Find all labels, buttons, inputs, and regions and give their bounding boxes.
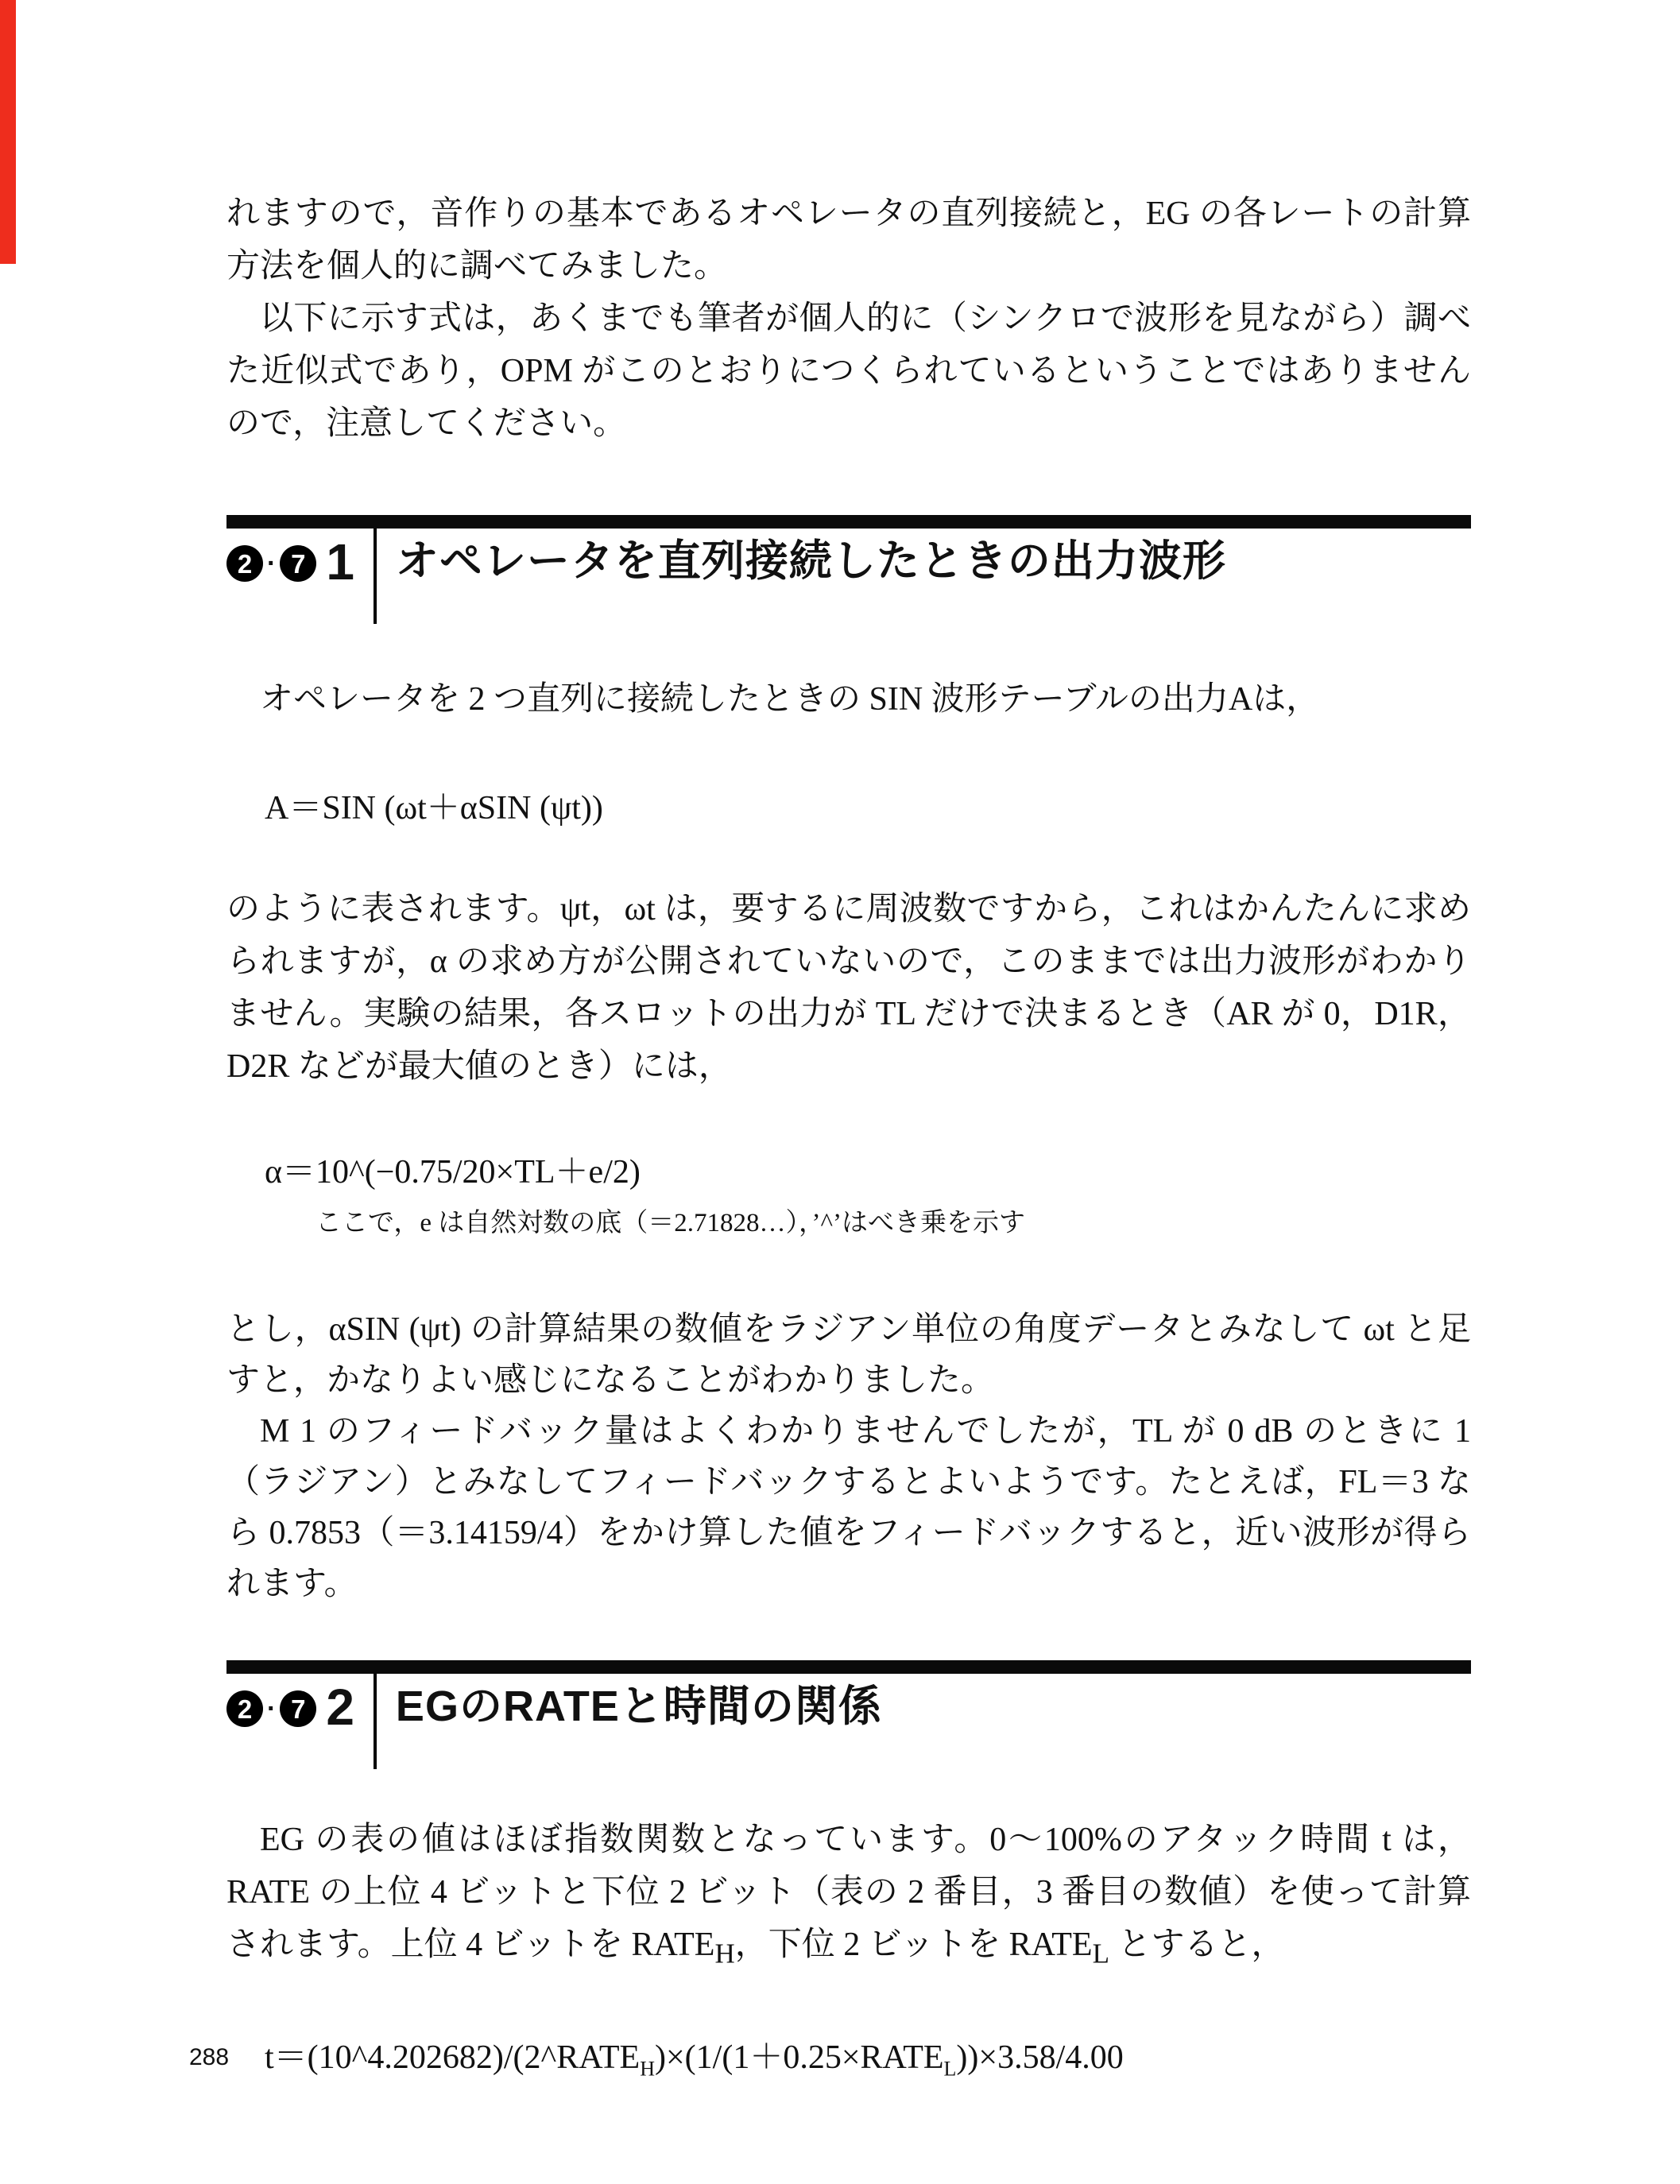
circled-digit: 7: [280, 1690, 316, 1727]
circled-digit: 7: [280, 545, 316, 582]
circled-digit: 2: [226, 1690, 263, 1727]
book-page: れますので，音作りの基本であるオペレータの直列接続と，EG の各レートの計算方法…: [0, 0, 1680, 2184]
section2-paragraph-1: EG の表の値はほぼ指数関数となっています。0～100%のアタック時間 t は，…: [226, 1814, 1471, 1980]
section-sub-number: 1: [326, 536, 354, 587]
formula-text: t＝(10^4.202682)/(2^RATE: [265, 2039, 640, 2076]
section1-paragraph-4: M 1 のフィードバック量はよくわかりませんでしたが，TL が 0 dB のとき…: [226, 1406, 1471, 1609]
section-heading: 2 · 7 1 オペレータを直列接続したときの出力波形: [226, 529, 1471, 637]
subscript-h: H: [714, 1938, 734, 1969]
intro-paragraph-1: れますので，音作りの基本であるオペレータの直列接続と，EG の各レートの計算方法…: [226, 188, 1471, 292]
formula-alpha: α＝10^(−0.75/20×TL＋e/2): [265, 1150, 1471, 1195]
section-title: EGのRATEと時間の関係: [396, 1674, 882, 1730]
section-2-7-1: 2 · 7 1 オペレータを直列接続したときの出力波形: [226, 515, 1471, 637]
section1-paragraph-1: オペレータを 2 つ直列に接続したときの SIN 波形テーブルの出力Aは，: [226, 673, 1471, 726]
formula-attack-time: t＝(10^4.202682)/(2^RATEH)×(1/(1＋0.25×RAT…: [265, 2035, 1471, 2091]
formula-sin-output: A＝SIN (ωt＋αSIN (ψt)): [265, 786, 1471, 831]
section-rule: [226, 515, 1471, 529]
section-heading: 2 · 7 2 EGのRATEと時間の関係: [226, 1674, 1471, 1782]
circled-digit: 2: [226, 545, 263, 582]
subscript-l: L: [944, 2058, 957, 2081]
heading-divider-line: [374, 529, 377, 624]
formula-text: )×(1/(1＋0.25×RATE: [655, 2039, 944, 2076]
section-sub-number: 2: [326, 1682, 354, 1733]
formula-alpha-note: ここで，e は自然対数の底（＝2.71828…），’^’はべき乗を示す: [315, 1204, 1471, 1242]
subscript-h: H: [640, 2058, 655, 2081]
section-rule: [226, 1660, 1471, 1674]
number-dot: ·: [267, 1695, 276, 1722]
paragraph-text: ，下位 2 ビットを RATE: [735, 1926, 1093, 1963]
page-number: 288: [189, 2044, 229, 2071]
number-dot: ·: [267, 550, 276, 577]
intro-paragraph-2: 以下に示す式は，あくまでも筆者が個人的に（シンクロで波形を見ながら）調べた近似式…: [226, 292, 1471, 450]
section-number: 2 · 7 1: [226, 529, 354, 587]
heading-divider-line: [374, 1674, 377, 1769]
section-title: オペレータを直列接続したときの出力波形: [396, 529, 1226, 585]
subscript-l: L: [1093, 1938, 1109, 1969]
section1-paragraph-2: のように表されます。ψt，ωt は，要するに周波数ですから，これはかんたんに求め…: [226, 883, 1471, 1093]
formula-text: ))×3.58/4.00: [956, 2039, 1123, 2076]
section-2-7-2: 2 · 7 2 EGのRATEと時間の関係: [226, 1660, 1471, 1782]
paragraph-text: とすると，: [1109, 1926, 1285, 1963]
page-content: れますので，音作りの基本であるオペレータの直列接続と，EG の各レートの計算方法…: [226, 0, 1471, 2092]
section1-paragraph-3: とし，αSIN (ψt) の計算結果の数値をラジアン単位の角度データとみなして …: [226, 1304, 1471, 1406]
scan-red-mark: [0, 0, 16, 264]
section-number: 2 · 7 2: [226, 1674, 354, 1733]
